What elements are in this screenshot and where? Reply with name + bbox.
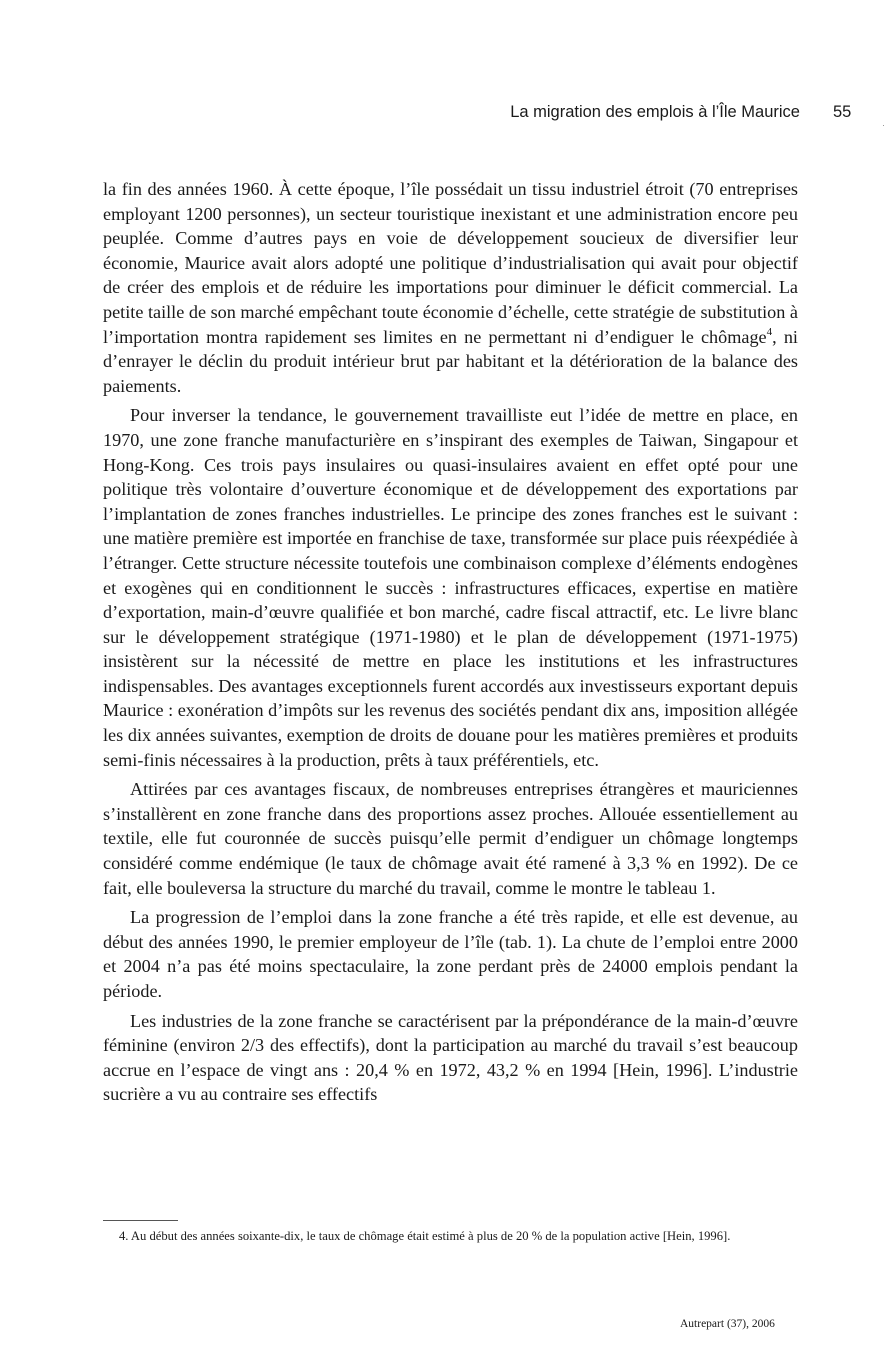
page-number: 55 — [833, 103, 851, 122]
running-title: La migration des emplois à l’Île Maurice — [510, 103, 800, 122]
paragraph-5: Les industries de la zone franche se car… — [103, 1009, 798, 1107]
paragraph-2: Pour inverser la tendance, le gouverneme… — [103, 403, 798, 772]
footnote-divider — [103, 1220, 178, 1221]
journal-footer: Autrepart (37), 2006 — [680, 1318, 775, 1330]
footnote-ref-4[interactable]: 4 — [767, 326, 773, 338]
paragraph-1-text-a: la fin des années 1960. À cette époque, … — [103, 179, 798, 347]
running-head: La migration des emplois à l’Île Maurice… — [0, 103, 890, 127]
footnote-text: Au début des années soixante-dix, le tau… — [131, 1229, 730, 1243]
footnote-number: 4. — [119, 1229, 128, 1243]
scan-speck — [883, 125, 884, 126]
paragraph-1: la fin des années 1960. À cette époque, … — [103, 177, 798, 398]
paragraph-4: La progression de l’emploi dans la zone … — [103, 905, 798, 1003]
paragraph-3: Attirées par ces avantages fiscaux, de n… — [103, 777, 798, 900]
footnote-4: 4. Au début des années soixante-dix, le … — [103, 1228, 798, 1245]
body-text: la fin des années 1960. À cette époque, … — [103, 177, 798, 1112]
